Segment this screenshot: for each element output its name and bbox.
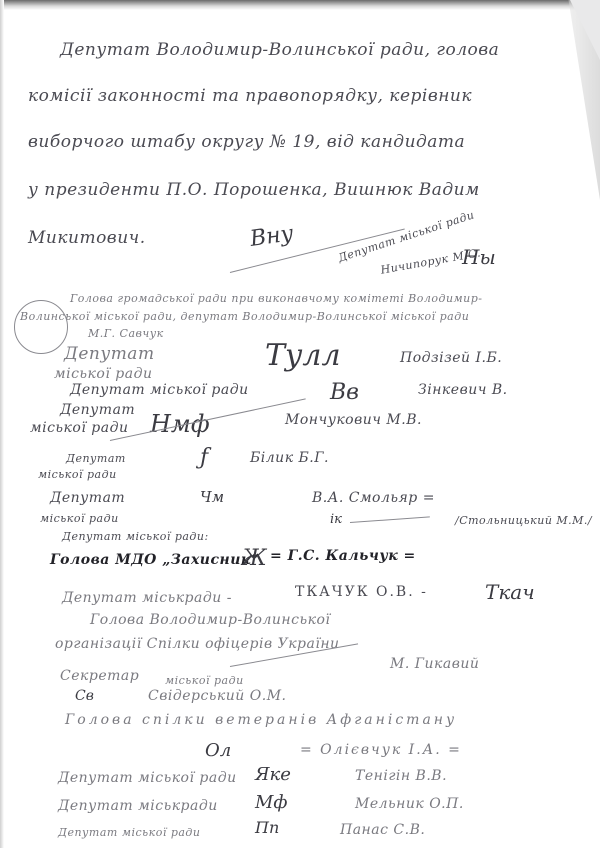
- intro-line-3: виборчого штабу округу № 19, від кандида…: [28, 132, 465, 152]
- intro-line-2: комісії законності та правопорядку, кері…: [28, 86, 472, 106]
- signatory-8-title: Депутат міської ради:: [62, 530, 209, 543]
- signature-mark: Мф: [255, 792, 288, 813]
- signatory-13-name: = Олієвчук І.А. =: [300, 742, 462, 758]
- signatory-8-name: /Стольницький М.М./: [455, 514, 592, 527]
- signatory-9-title: Голова МДО „Захисник“: [50, 552, 259, 568]
- intro-line-5: Микитович.: [28, 228, 146, 248]
- signatory-4-title: Депутат міської ради: [70, 382, 249, 398]
- signatory-12-title-b: міської ради: [165, 674, 244, 687]
- round-mark: [14, 300, 68, 354]
- signatory-11-name: М. Гикавий: [390, 656, 479, 672]
- signatory-5-title-a: Депутат: [60, 402, 135, 418]
- signatory-4-name: Зінкевич В.: [418, 382, 508, 398]
- intro-line-4: у президенти П.О. Порошенка, Вишнюк Вади…: [28, 180, 480, 200]
- signatory-2-title-line-1: Голова громадської ради при виконавчому …: [70, 292, 483, 305]
- signature-mark: ƒ: [200, 445, 208, 470]
- signature-mark: Ол: [205, 740, 231, 761]
- signature-mark: Пп: [255, 818, 279, 837]
- signatory-16-name: Панас С.В.: [340, 822, 425, 838]
- signature-stroke: [350, 516, 430, 523]
- signature-mark: Св: [75, 688, 94, 704]
- signatory-10-title: Депутат міськради -: [62, 590, 232, 606]
- signature-mark: Вну: [248, 221, 294, 252]
- signatory-6-title-b: міської ради: [38, 468, 117, 481]
- signatory-10-name: ТКАЧУК О.В. -: [295, 584, 428, 600]
- signatory-11-title-line-2: організації Спілки офіцерів України: [55, 636, 340, 652]
- signatory-2-name: М.Г. Савчук: [88, 327, 164, 340]
- signatory-12-title-a: Секретар: [60, 668, 139, 684]
- signatory-6-title-a: Депутат: [66, 452, 126, 465]
- signature-mark: Вв: [330, 380, 359, 405]
- signatory-7-title-b: міської ради: [40, 512, 119, 525]
- signatory-15-title: Депутат міськради: [58, 798, 218, 814]
- signatory-3-title-b: міської ради: [54, 366, 152, 382]
- signatory-7-title-a: Депутат: [50, 490, 125, 506]
- signature-mark: Ткач: [485, 580, 535, 604]
- signatory-6-name: Білик Б.Г.: [250, 450, 329, 466]
- scan-left-edge: [0, 0, 4, 848]
- signatory-14-name: Тенігін В.В.: [355, 768, 447, 784]
- signatory-11-title-line-1: Голова Володимир-Волинської: [90, 612, 330, 628]
- signatory-7-name: В.А. Смольяр =: [312, 490, 435, 506]
- signatory-5-name: Мончукович М.В.: [285, 412, 422, 428]
- scan-top-shadow: [0, 0, 600, 10]
- signatory-2-title-line-2: Волинської міської ради, депутат Володим…: [20, 310, 469, 323]
- signatory-12-name: Свідерський О.М.: [148, 688, 286, 704]
- intro-line-1: Депутат Володимир-Волинської ради, голов…: [60, 40, 499, 60]
- signatory-3-title-a: Депутат: [64, 344, 155, 364]
- signature-mark: Тулл: [265, 338, 341, 373]
- signatory-16-title: Депутат міської ради: [58, 826, 200, 839]
- signature-mark: Ны: [462, 245, 496, 269]
- signature-mark: Яке: [255, 764, 291, 785]
- signature-mark: Чм: [200, 488, 224, 506]
- signatory-9-name: = Г.С. Кальчук =: [270, 548, 416, 564]
- signatory-15-name: Мельник О.П.: [355, 796, 464, 812]
- signatory-3-name: Подзізей І.Б.: [400, 350, 502, 366]
- signatory-14-title: Депутат міської ради: [58, 770, 237, 786]
- signatory-5-title-b: міської ради: [30, 420, 128, 436]
- signature-mark: ік: [330, 512, 342, 527]
- signatory-13-title: Голова спілки ветеранів Афганістану: [65, 712, 457, 728]
- page-corner-fold: [570, 0, 600, 60]
- signature-mark: Ж: [242, 546, 267, 571]
